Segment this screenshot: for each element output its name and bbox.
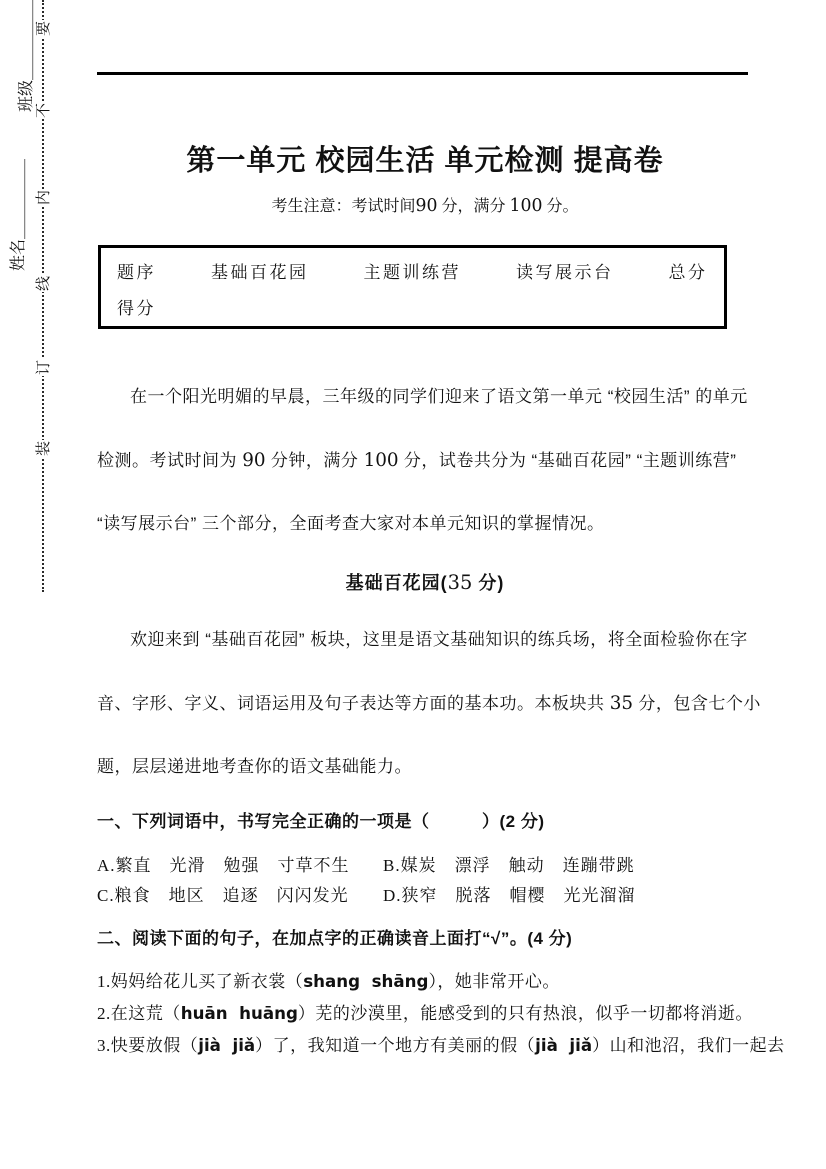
text-segment: 基础百花园(: [346, 573, 448, 593]
question-1-options: A.繁直 光滑 勉强 寸草不生B.媒炭 漂浮 触动 连蹦带跳C.粮食 地区 追逐…: [97, 851, 787, 911]
option-item: D.狭窄 脱落 帽樱 光光溜溜: [383, 881, 787, 911]
text-segment: 考生注意：考试时间: [272, 198, 416, 215]
text-segment: 分，试卷共分为 “基础百花园” “主题训练营”: [399, 451, 737, 470]
text-segment: 欢迎来到 “基础百花园” 板块，这里是语文基础知识的练兵场，将全面检验你在字: [130, 630, 748, 649]
exam-paper-page: 要不内线订装 班级＿＿＿＿＿ 姓名＿＿＿＿＿ 第一单元 校园生活 单元检测 提高…: [0, 0, 826, 1169]
text-segment: ）芜的沙漠里，能感受到的只有热浪，似乎一切都将消逝。: [298, 1004, 753, 1023]
text-segment: 题，层层递进地考查你的语文基础能力。: [97, 757, 412, 776]
text-segment: 检测。考试时间为: [97, 451, 242, 470]
number-text: 35: [610, 693, 633, 714]
number-text: 90: [416, 196, 438, 216]
option-row: C.粮食 地区 追逐 闪闪发光D.狭窄 脱落 帽樱 光光溜溜: [97, 881, 787, 911]
name-field: 姓名＿＿＿＿＿: [10, 153, 28, 277]
option-item: B.媒炭 漂浮 触动 连蹦带跳: [383, 851, 787, 881]
option-item: C.粮食 地区 追逐 闪闪发光: [97, 881, 383, 911]
text-line: 在一个阳光明媚的早晨，三年级的同学们迎来了语文第一单元 “校园生活” 的单元: [97, 365, 777, 429]
score-table-score-row: 得分: [101, 294, 724, 319]
table-header-cell: 主题训练营: [364, 258, 462, 283]
text-segment: 分，包含七个小: [633, 694, 761, 713]
text-segment: ）了，我知道一个地方有美丽的假（: [255, 1036, 535, 1055]
class-field: 班级＿＿＿＿＿: [18, 0, 36, 112]
paper-title: 第一单元 校园生活 单元检测 提高卷: [97, 138, 753, 179]
number-text: 100: [364, 450, 399, 471]
intro-paragraph: 在一个阳光明媚的早晨，三年级的同学们迎来了语文第一单元 “校园生活” 的单元检测…: [97, 365, 777, 556]
binding-line-char: 不: [35, 102, 52, 119]
section-intro-paragraph: 欢迎来到 “基础百花园” 板块，这里是语文基础知识的练兵场，将全面检验你在字音、…: [97, 608, 777, 799]
question-2-heading: 二、阅读下面的句子，在加点字的正确读音上面打“√”。(4 分): [97, 927, 572, 951]
pinyin-text: jià jiǎ: [535, 1036, 592, 1055]
text-line: 2.在这荒（huān huāng）芜的沙漠里，能感受到的只有热浪，似乎一切都将消…: [97, 998, 797, 1030]
text-segment: 分): [472, 573, 504, 593]
number-text: 35: [448, 571, 473, 594]
score-table-header-row: 题序基础百花园主题训练营读写展示台总分: [101, 258, 724, 283]
text-line: 1.妈妈给花儿买了新衣裳（shang shāng），她非常开心。: [97, 966, 797, 998]
binding-dotted-line: [42, 0, 44, 592]
number-text: 100: [510, 196, 543, 216]
text-segment: 2.在这荒（: [97, 1004, 181, 1023]
text-line: 题，层层递进地考查你的语文基础能力。: [97, 735, 777, 799]
binding-line-char: 订: [35, 359, 52, 376]
table-header-cell: 读写展示台: [516, 258, 614, 283]
text-segment: 在一个阳光明媚的早晨，三年级的同学们迎来了语文第一单元 “校园生活” 的单元: [130, 387, 748, 406]
table-header-cell: 题序: [117, 258, 156, 283]
top-rule: [97, 72, 748, 75]
pinyin-text: jià jiǎ: [198, 1036, 255, 1055]
text-segment: ），她非常开心。: [428, 972, 560, 991]
table-header-cell: 总分: [669, 258, 708, 283]
text-segment: 分钟，满分: [266, 451, 364, 470]
question-2-sentences: 1.妈妈给花儿买了新衣裳（shang shāng），她非常开心。2.在这荒（hu…: [97, 966, 797, 1062]
text-segment: 分，满分: [438, 198, 510, 215]
table-header-cell: 基础百花园: [211, 258, 309, 283]
text-segment: ）山和池沼，我们一起去: [592, 1036, 785, 1055]
text-segment: “读写展示台” 三个部分，全面考查大家对本单元知识的掌握情况。: [97, 514, 605, 533]
text-segment: 音、字形、字义、词语运用及句子表达等方面的基本功。本板块共: [97, 694, 610, 713]
text-line: 检测。考试时间为 90 分钟，满分 100 分，试卷共分为 “基础百花园” “主…: [97, 429, 777, 493]
text-segment: 3.快要放假（: [97, 1036, 198, 1055]
binding-margin: 要不内线订装 班级＿＿＿＿＿ 姓名＿＿＿＿＿: [0, 0, 60, 1169]
section-heading: 基础百花园(35 分): [97, 569, 753, 595]
text-line: 音、字形、字义、词语运用及句子表达等方面的基本功。本板块共 35 分，包含七个小: [97, 672, 777, 736]
binding-line-char: 要: [35, 20, 52, 37]
binding-line-char: 线: [35, 275, 52, 292]
question-1-heading: 一、下列词语中，书写完全正确的一项是（ ）(2 分): [97, 810, 545, 834]
pinyin-text: shang shāng: [303, 972, 428, 991]
binding-line-char: 内: [35, 189, 52, 206]
option-item: A.繁直 光滑 勉强 寸草不生: [97, 851, 383, 881]
text-segment: 1.妈妈给花儿买了新衣裳（: [97, 972, 303, 991]
binding-line-char: 装: [35, 440, 52, 457]
text-segment: 分。: [542, 198, 578, 215]
candidate-notice: 考生注意：考试时间90 分，满分 100 分。: [97, 193, 753, 216]
text-line: 3.快要放假（jià jiǎ）了，我知道一个地方有美丽的假（jià jiǎ）山和…: [97, 1030, 797, 1062]
number-text: 90: [242, 450, 265, 471]
score-table: 题序基础百花园主题训练营读写展示台总分 得分: [98, 245, 727, 329]
pinyin-text: huān huāng: [181, 1004, 298, 1023]
text-line: 欢迎来到 “基础百花园” 板块，这里是语文基础知识的练兵场，将全面检验你在字: [97, 608, 777, 672]
score-label: 得分: [117, 299, 156, 318]
option-row: A.繁直 光滑 勉强 寸草不生B.媒炭 漂浮 触动 连蹦带跳: [97, 851, 787, 881]
text-line: “读写展示台” 三个部分，全面考查大家对本单元知识的掌握情况。: [97, 492, 777, 556]
